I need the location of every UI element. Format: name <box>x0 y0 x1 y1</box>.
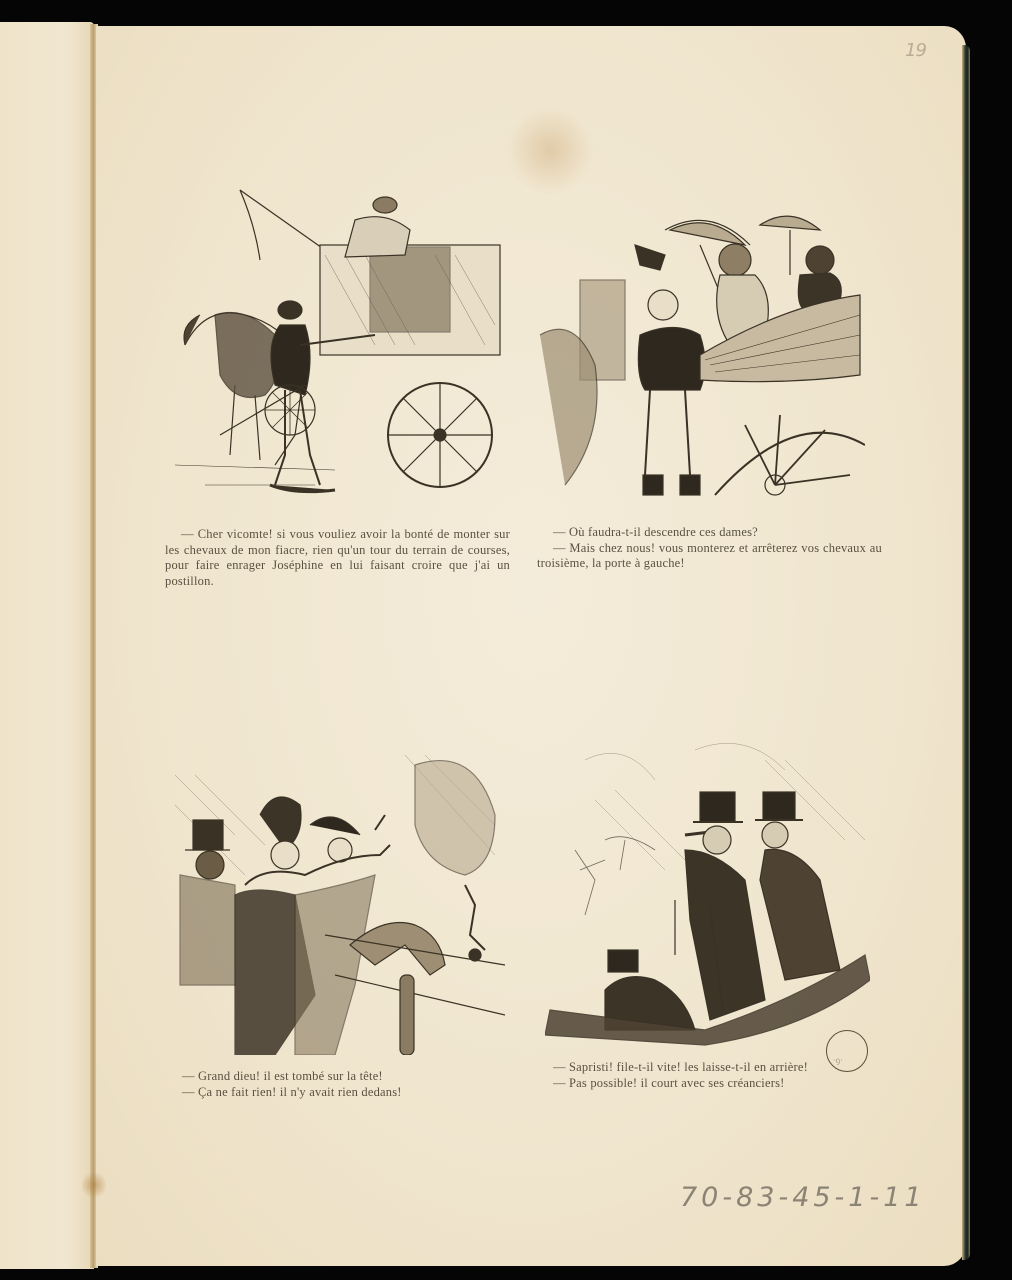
caption-line: — Pas possible! il court avec ses créanc… <box>537 1076 857 1092</box>
library-stamp: ·ꝯ· <box>826 1030 868 1072</box>
caption-bottom-right: — Sapristi! file-t-il vite! les laisse-t… <box>537 1060 857 1091</box>
caption-top-left: — Cher vicomte! si vous vouliez avoir la… <box>165 527 510 589</box>
caption-top-right: — Où faudra-t-il descendre ces dames? — … <box>537 525 882 572</box>
racecourse-engraving-icon <box>175 735 505 1055</box>
book-spread: 19 <box>0 0 1012 1280</box>
caption-bottom-left: — Grand dieu! il est tombé sur la tête! … <box>166 1069 486 1100</box>
illustration-ladies-carriage <box>535 185 865 505</box>
handwritten-shelfmark: 70-83-45-1-11 <box>680 1182 926 1213</box>
coach-engraving-icon <box>175 185 505 510</box>
caption-line: — Ça ne fait rien! il n'y avait rien ded… <box>166 1085 486 1101</box>
illustration-coach-postilion <box>175 185 505 510</box>
illustration-spyglass-gentlemen <box>545 740 870 1050</box>
stamp-text: ·ꝯ· <box>833 1055 843 1066</box>
spectators-engraving-icon <box>545 740 870 1050</box>
book-cover-edge <box>962 45 970 1260</box>
caption-line: — Sapristi! file-t-il vite! les laisse-t… <box>537 1060 857 1076</box>
illustration-fallen-jockey <box>175 735 505 1055</box>
folio-number: 19 <box>905 40 926 61</box>
foxing-stain <box>505 105 595 195</box>
caption-line: — Cher vicomte! si vous vouliez avoir la… <box>165 527 510 589</box>
carriage-engraving-icon <box>535 185 865 505</box>
left-page-edge <box>0 22 94 1269</box>
gutter-stain <box>82 1170 106 1200</box>
caption-line: — Mais chez nous! vous monterez et arrêt… <box>537 541 882 572</box>
caption-line: — Où faudra-t-il descendre ces dames? <box>537 525 882 541</box>
caption-line: — Grand dieu! il est tombé sur la tête! <box>166 1069 486 1085</box>
